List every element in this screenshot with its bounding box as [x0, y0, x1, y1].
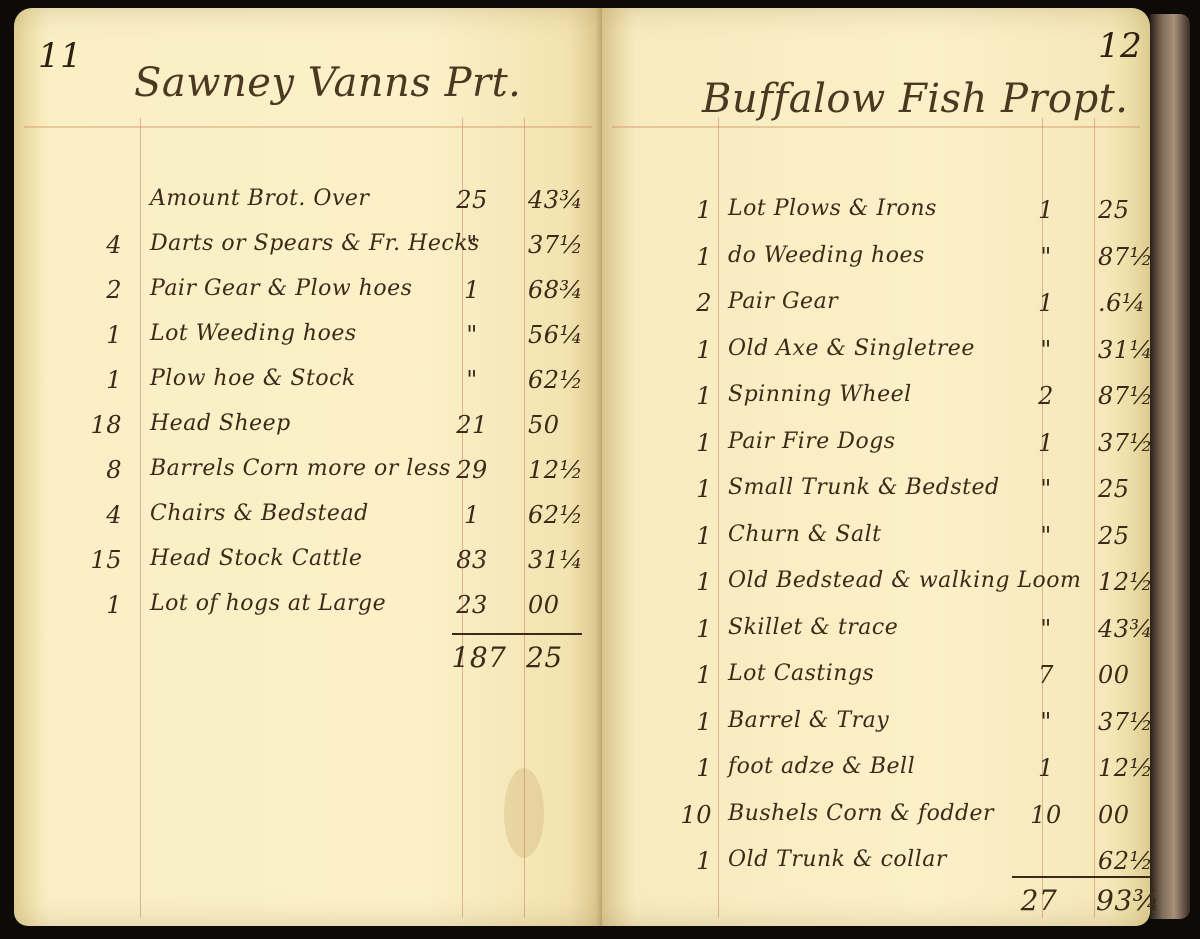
left-page: 11 Sawney Vanns Prt. Amount Brot. Over25…: [14, 8, 602, 926]
total-dollars: 187: [444, 641, 514, 674]
entry-item: Lot of hogs at Large: [150, 591, 386, 616]
entry-qty: 1: [672, 568, 712, 596]
entry-item: Barrel & Tray: [728, 708, 889, 733]
entry-qty: 1: [672, 382, 712, 410]
entry-item: Darts or Spears & Fr. Hecks: [150, 231, 480, 256]
entry-item: Small Trunk & Bedsted: [728, 475, 1000, 500]
entry-dollars: 1: [452, 501, 492, 529]
entry-dollars: ": [452, 366, 492, 394]
entry-cents: 87½: [1098, 243, 1158, 271]
entry-qty: 10: [672, 801, 712, 829]
entry-qty: 1: [672, 522, 712, 550]
entry-dollars: 1: [1026, 754, 1066, 782]
entry-qty: 1: [82, 321, 122, 349]
entry-dollars: 1: [1026, 429, 1066, 457]
total-cents: 93¾: [1096, 884, 1156, 917]
page-title: Buffalow Fish Propt.: [702, 76, 1129, 122]
entry-item: Spinning Wheel: [728, 382, 912, 407]
right-page: 12 Buffalow Fish Propt. 1Lot Plows & Iro…: [602, 8, 1150, 926]
entry-cents: 56¼: [528, 321, 588, 349]
entry-qty: 1: [672, 196, 712, 224]
entry-cents: 31¼: [1098, 336, 1158, 364]
entry-dollars: 1: [1026, 196, 1066, 224]
entry-dollars: ": [1026, 708, 1066, 736]
book-edge: [1150, 14, 1190, 919]
entry-cents: 12½: [1098, 754, 1158, 782]
entry-dollars: 83: [452, 546, 492, 574]
total-underline: [1012, 876, 1150, 878]
entry-cents: 00: [1098, 801, 1158, 829]
cents-column-rule: [1094, 118, 1095, 918]
total-underline: [452, 633, 582, 635]
entry-cents: 37½: [528, 231, 588, 259]
entry-qty: 1: [672, 847, 712, 875]
entry-item: Head Stock Cattle: [150, 546, 362, 571]
entry-dollars: 1: [1026, 289, 1066, 317]
entry-qty: 4: [82, 231, 122, 259]
entry-item: Pair Fire Dogs: [728, 429, 896, 454]
entry-dollars: 7: [1026, 661, 1066, 689]
entry-cents: 50: [528, 411, 588, 439]
entry-cents: 43¾: [528, 186, 588, 214]
page-title: Sawney Vanns Prt.: [134, 60, 521, 106]
entry-qty: 1: [82, 591, 122, 619]
entry-item: Head Sheep: [150, 411, 291, 436]
entry-qty: 1: [672, 243, 712, 271]
entry-cents: 12½: [1098, 568, 1158, 596]
entry-item: Amount Brot. Over: [150, 186, 369, 211]
entry-dollars: ": [452, 231, 492, 259]
entry-qty: 1: [672, 336, 712, 364]
entry-dollars: ": [452, 321, 492, 349]
entry-item: Old Bedstead & walking Loom: [728, 568, 1081, 593]
entry-dollars: ": [1026, 615, 1066, 643]
page-number: 12: [1098, 26, 1142, 66]
entry-cents: 25: [1098, 475, 1158, 503]
entry-item: do Weeding hoes: [728, 243, 925, 268]
entry-dollars: ": [1026, 522, 1066, 550]
entry-dollars: 23: [452, 591, 492, 619]
entry-item: Churn & Salt: [728, 522, 882, 547]
entry-qty: 1: [672, 429, 712, 457]
entry-item: Old Axe & Singletree: [728, 336, 975, 361]
entry-dollars: 10: [1026, 801, 1066, 829]
qty-column-rule: [140, 118, 141, 918]
entry-qty: 1: [672, 661, 712, 689]
entry-cents: 43¾: [1098, 615, 1158, 643]
entry-dollars: 25: [452, 186, 492, 214]
entry-qty: 2: [672, 289, 712, 317]
header-rule: [612, 126, 1140, 128]
entry-dollars: ": [1026, 243, 1066, 271]
entry-qty: 2: [82, 276, 122, 304]
entry-qty: 1: [672, 475, 712, 503]
entry-qty: 1: [672, 615, 712, 643]
entry-cents: 37½: [1098, 708, 1158, 736]
dollars-column-rule: [1042, 118, 1043, 918]
entry-item: Lot Castings: [728, 661, 874, 686]
entry-cents: 68¾: [528, 276, 588, 304]
entry-dollars: 1: [452, 276, 492, 304]
entry-dollars: ": [1026, 336, 1066, 364]
entry-cents: 00: [1098, 661, 1158, 689]
entry-dollars: 21: [452, 411, 492, 439]
entry-item: Chairs & Bedstead: [150, 501, 369, 526]
entry-cents: .6¼: [1098, 289, 1158, 317]
entry-item: foot adze & Bell: [728, 754, 915, 779]
entry-dollars: 2: [1026, 382, 1066, 410]
entry-cents: 62½: [1098, 847, 1158, 875]
entry-item: Barrels Corn more or less: [150, 456, 451, 481]
entry-qty: 1: [82, 366, 122, 394]
paper-stain: [504, 768, 544, 858]
entry-qty: 4: [82, 501, 122, 529]
entry-item: Pair Gear: [728, 289, 838, 314]
entry-qty: 1: [672, 708, 712, 736]
entry-item: Lot Plows & Irons: [728, 196, 937, 221]
entry-qty: 8: [82, 456, 122, 484]
entry-cents: 12½: [528, 456, 588, 484]
entry-cents: 00: [528, 591, 588, 619]
entry-cents: 87½: [1098, 382, 1158, 410]
entry-item: Pair Gear & Plow hoes: [150, 276, 412, 301]
page-number: 11: [38, 36, 82, 76]
entry-item: Lot Weeding hoes: [150, 321, 357, 346]
entry-item: Old Trunk & collar: [728, 847, 947, 872]
entry-item: Skillet & trace: [728, 615, 898, 640]
entry-cents: 62½: [528, 366, 588, 394]
total-dollars: 27: [1014, 884, 1064, 917]
entry-dollars: ": [1026, 475, 1066, 503]
entry-qty: 1: [672, 754, 712, 782]
header-rule: [24, 126, 592, 128]
entry-cents: 31¼: [528, 546, 588, 574]
entry-cents: 62½: [528, 501, 588, 529]
entry-cents: 25: [1098, 196, 1158, 224]
entry-qty: 15: [82, 546, 122, 574]
entry-item: Bushels Corn & fodder: [728, 801, 994, 826]
entry-dollars: 29: [452, 456, 492, 484]
entry-cents: 37½: [1098, 429, 1158, 457]
entry-qty: 18: [82, 411, 122, 439]
qty-column-rule: [718, 118, 719, 918]
total-cents: 25: [526, 641, 586, 674]
entry-item: Plow hoe & Stock: [150, 366, 356, 391]
entry-cents: 25: [1098, 522, 1158, 550]
